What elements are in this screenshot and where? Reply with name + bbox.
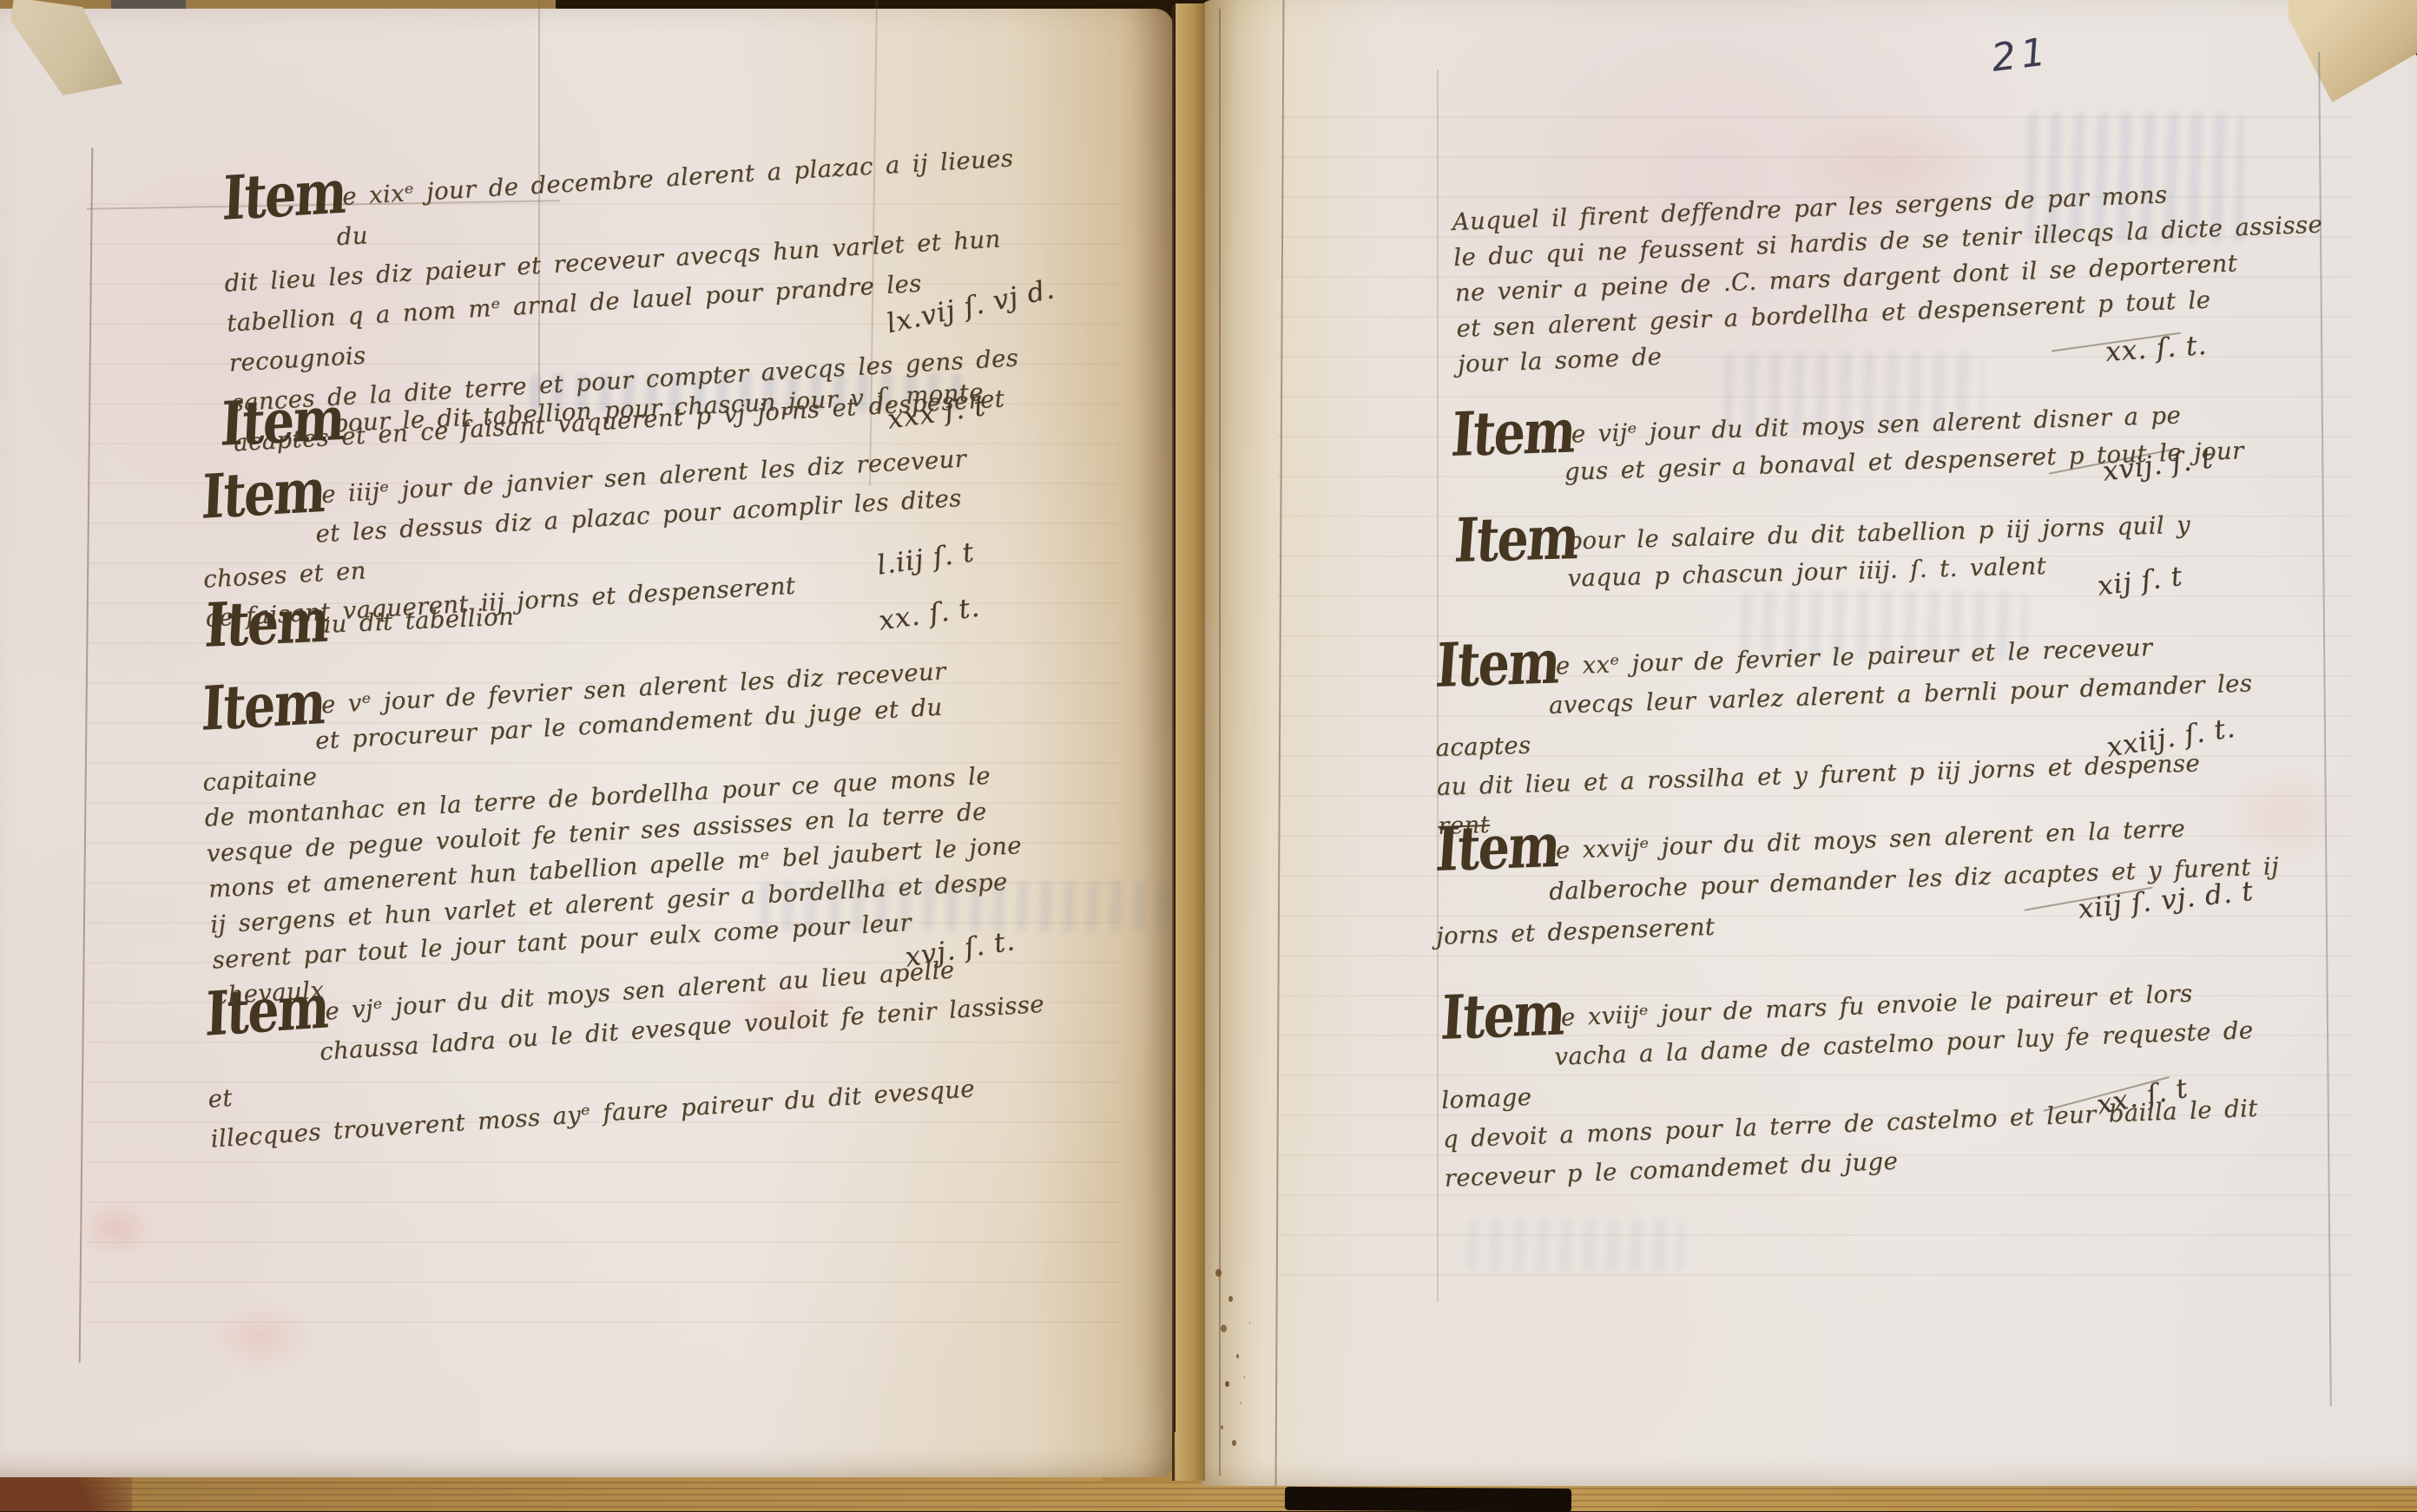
entry-initial: Item [201,466,318,528]
gutter-edge-line [1172,5,1175,1481]
page-number: 21 [1989,30,2053,81]
foxing-spot [208,1302,313,1371]
foxing-spot [78,1198,156,1259]
entry-initial: Item [201,678,318,740]
entry-initial: Item [1439,989,1558,1049]
entry-initial: Item [220,394,337,455]
entry-initial: Item [1434,637,1552,696]
shadow-sliver [1285,1487,1571,1511]
entry-initial: Item [1452,513,1571,571]
entry-initial: Item [204,982,320,1044]
entry-text: le xviijᵉ jour de mars fu envoie le pair… [1438,970,2322,1199]
entry-initial: Item [1434,821,1552,880]
entry-initial: Item [1450,406,1568,465]
gutter-inner-line [1219,9,1221,1476]
entry-initial: Item [221,168,339,229]
entry-text: le xxᵉ jour de fevrier le paireur et le … [1432,623,2314,807]
gutter-specks [1215,1269,1222,1277]
entry-initial: Item [203,596,320,656]
gutter-page-stack [1176,3,1205,1481]
manuscript-photo: Item le xixᵉ jour de decembre alerent a … [0,0,2417,1511]
ledger-entry: Item le xviijᵉ jour de mars fu envoie le… [1438,970,2322,1199]
bleedthrough [1467,1219,1684,1272]
